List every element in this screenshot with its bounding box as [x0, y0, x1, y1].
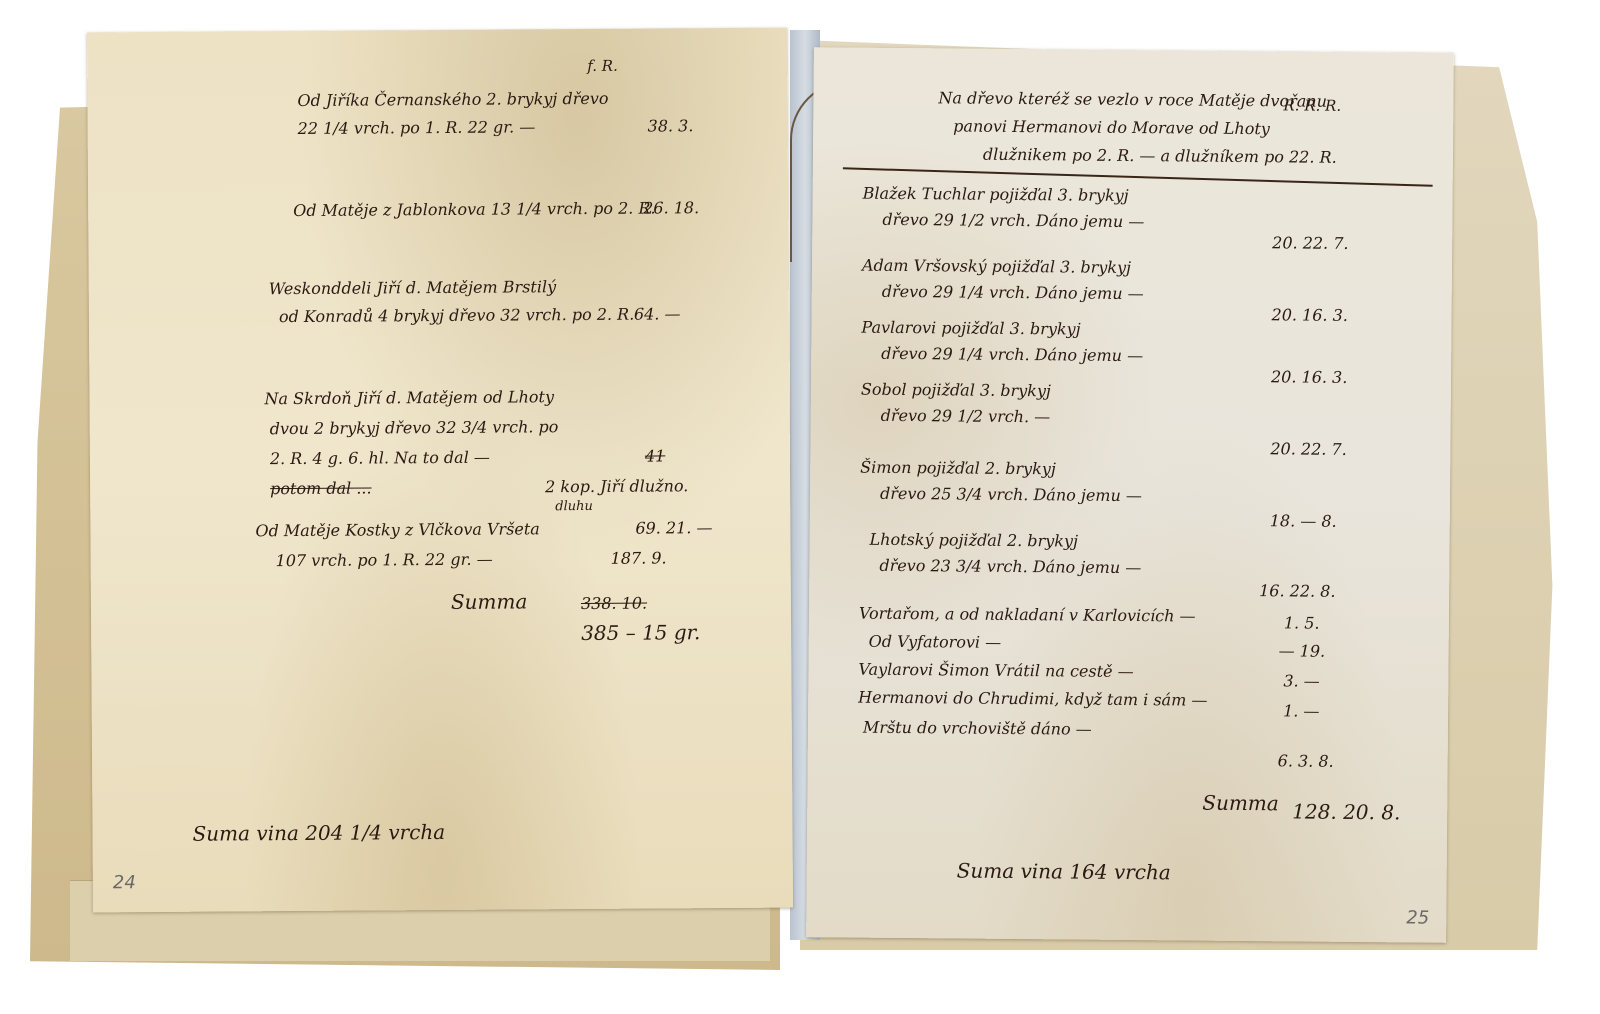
total-amount: 128. 20. 8.: [1292, 799, 1400, 824]
total-label: Summa: [1202, 791, 1279, 816]
entry-amount: 1. 5.: [1284, 613, 1320, 632]
entry-amount: 69. 21. —: [635, 518, 712, 538]
entry-note: 2 kop. Jiří dlužno.: [545, 476, 688, 496]
entry-line: dřevo 29 1/4 vrch. Dáno jemu —: [882, 282, 1144, 303]
ledger-entry: Na Skrdoň Jiří d. Matějem od Lhoty dvou …: [87, 28, 787, 33]
page-footer: Suma vina 204 1/4 vrcha: [192, 820, 445, 846]
entry-line: 2. R. 4 g. 6. hl. Na to dal —: [270, 448, 490, 469]
ledger-entry: Adam Vršovský pojižďal 3. brykyj dřevo 2…: [814, 47, 1454, 53]
entry-amount: 18. — 8.: [1270, 511, 1337, 531]
entry-line: Od Matěje z Jablonkova 13 1/4 vrch. po 2…: [293, 198, 656, 220]
ledger-entry: Od Matěje Kostky z Vlčkova Vršeta 69. 21…: [87, 28, 787, 33]
entry-amount: 16. 22. 8.: [1259, 581, 1335, 601]
entry-amount: 38. 3.: [648, 116, 694, 135]
entry-amount: 1. —: [1283, 701, 1320, 720]
entry-line: Weskonddeli Jiří d. Matějem Brstilý: [269, 277, 556, 298]
total-amount: 385 – 15 gr.: [581, 620, 700, 645]
ledger-entry: Šimon pojižďal 2. brykyj dřevo 25 3/4 vr…: [814, 47, 1454, 53]
entry-amount: 6. 3. 8.: [1278, 751, 1334, 770]
interlinear-note: dluhu: [555, 499, 593, 514]
entry-amount: 3. —: [1283, 671, 1320, 690]
page-total: Summa 338. 10. 385 – 15 gr.: [87, 28, 787, 33]
ledger-entry: Mrštu do vrchoviště dáno — 6. 3. 8.: [814, 47, 1454, 53]
ledger-entry: Weskonddeli Jiří d. Matějem Brstilý od K…: [87, 28, 787, 33]
entry-amount: — 19.: [1279, 641, 1326, 660]
entry-line: dvou 2 brykyj dřevo 32 3/4 vrch. po: [270, 417, 559, 438]
left-page: f. R. Od Jiříka Černanského 2. brykyj dř…: [87, 28, 793, 913]
entry-line: Od Vyfatorovi —: [869, 632, 1002, 652]
entry-line: Sobol pojižďal 3. brykyj: [861, 380, 1051, 401]
ledger-entry: Od Vyfatorovi — — 19.: [814, 47, 1454, 53]
entry-line: dřevo 25 3/4 vrch. Dáno jemu —: [880, 484, 1142, 505]
entry-line: Od Matěje Kostky z Vlčkova Vršeta: [255, 519, 540, 540]
entry-amount: 187. 9.: [611, 548, 667, 567]
page-footer: Suma vina 164 vrcha: [957, 859, 1171, 885]
entry-line: dřevo 29 1/2 vrch. Dáno jemu —: [882, 210, 1144, 231]
ledger-entry: Vaylarovi Šimon Vrátil na cestě — 3. —: [814, 47, 1454, 53]
entry-line: Mrštu do vrchoviště dáno —: [863, 718, 1092, 739]
entry-amount: 20. 16. 3.: [1271, 305, 1347, 325]
ledger-entry: Od Matěje z Jablonkova 13 1/4 vrch. po 2…: [87, 28, 787, 33]
struck-total: 338. 10.: [581, 594, 647, 613]
ledger-entry: Sobol pojižďal 3. brykyj dřevo 29 1/2 vr…: [814, 47, 1454, 53]
ledger-entry: Od Jiříka Černanského 2. brykyj dřevo 22…: [87, 28, 787, 33]
entry-line: Vortařom, a od nakladaní v Karlovicích —: [859, 604, 1196, 626]
entry-amount: 26. 18.: [643, 198, 699, 217]
entry-line: Na Skrdoň Jiří d. Matějem od Lhoty: [264, 387, 554, 408]
entry-amount: 20. 22. 7.: [1272, 233, 1348, 253]
entry-line: Adam Vršovský pojižďal 3. brykyj: [862, 256, 1131, 277]
entry-amount: 20. 16. 3.: [1271, 367, 1347, 387]
entry-line: 22 1/4 vrch. po 1. R. 22 gr. —: [298, 117, 536, 138]
header-line: panovi Hermanovi do Morave od Lhoty: [953, 116, 1270, 138]
total-label: Summa: [451, 589, 528, 614]
page-total: Summa 128. 20. 8.: [814, 47, 1454, 53]
entry-line: dřevo 29 1/2 vrch. —: [881, 406, 1051, 426]
page-header: Na dřevo kteréž se vezlo v roce Matěje d…: [814, 47, 1454, 53]
entry-line: dřevo 29 1/4 vrch. Dáno jemu —: [881, 344, 1143, 365]
entry-amount: 20. 22. 7.: [1270, 439, 1346, 459]
entry-line: 107 vrch. po 1. R. 22 gr. —: [276, 550, 493, 571]
entry-line: Šimon pojižďal 2. brykyj: [860, 458, 1056, 479]
entry-line: Pavlarovi pojižďal 3. brykyj: [861, 318, 1080, 339]
entry-line: Blažek Tuchlar pojižďal 3. brykyj: [863, 184, 1129, 205]
page-number: 25: [1406, 907, 1429, 928]
struck-line: potom dal ...: [270, 478, 372, 498]
entry-line: Lhotský pojižďal 2. brykyj: [870, 530, 1079, 551]
struck-amount: 41: [645, 446, 665, 465]
ledger-entry: Hermanovi do Chrudimi, když tam i sám — …: [814, 47, 1454, 53]
entry-line: Hermanovi do Chrudimi, když tam i sám —: [858, 688, 1207, 710]
right-page: R. R. R. Na dřevo kteréž se vezlo v roce…: [806, 47, 1454, 943]
corner-mark: f. R.: [587, 57, 618, 75]
ledger-entry: Vortařom, a od nakladaní v Karlovicích —…: [814, 47, 1454, 53]
ledger-entry: Lhotský pojižďal 2. brykyj dřevo 23 3/4 …: [814, 47, 1454, 53]
ledger-entry: potom dal ... 2 kop. Jiří dlužno. dluhu: [87, 28, 787, 33]
entry-line: dřevo 23 3/4 vrch. Dáno jemu —: [879, 556, 1141, 577]
page-number: 24: [113, 872, 136, 893]
ledger-entry: Blažek Tuchlar pojižďal 3. brykyj dřevo …: [814, 47, 1454, 53]
entry-line: Vaylarovi Šimon Vrátil na cestě —: [858, 660, 1133, 681]
ledger-entry: Pavlarovi pojižďal 3. brykyj dřevo 29 1/…: [814, 47, 1454, 53]
entry-line: od Konradů 4 brykyj dřevo 32 vrch. po 2.…: [279, 305, 634, 326]
header-line: dlužnikem po 2. R. — a dlužníkem po 22. …: [983, 145, 1337, 167]
entry-amount: 64. —: [634, 304, 681, 323]
header-line: Na dřevo kteréž se vezlo v roce Matěje d…: [938, 88, 1327, 110]
entry-line: Od Jiříka Černanského 2. brykyj dřevo: [297, 89, 608, 110]
